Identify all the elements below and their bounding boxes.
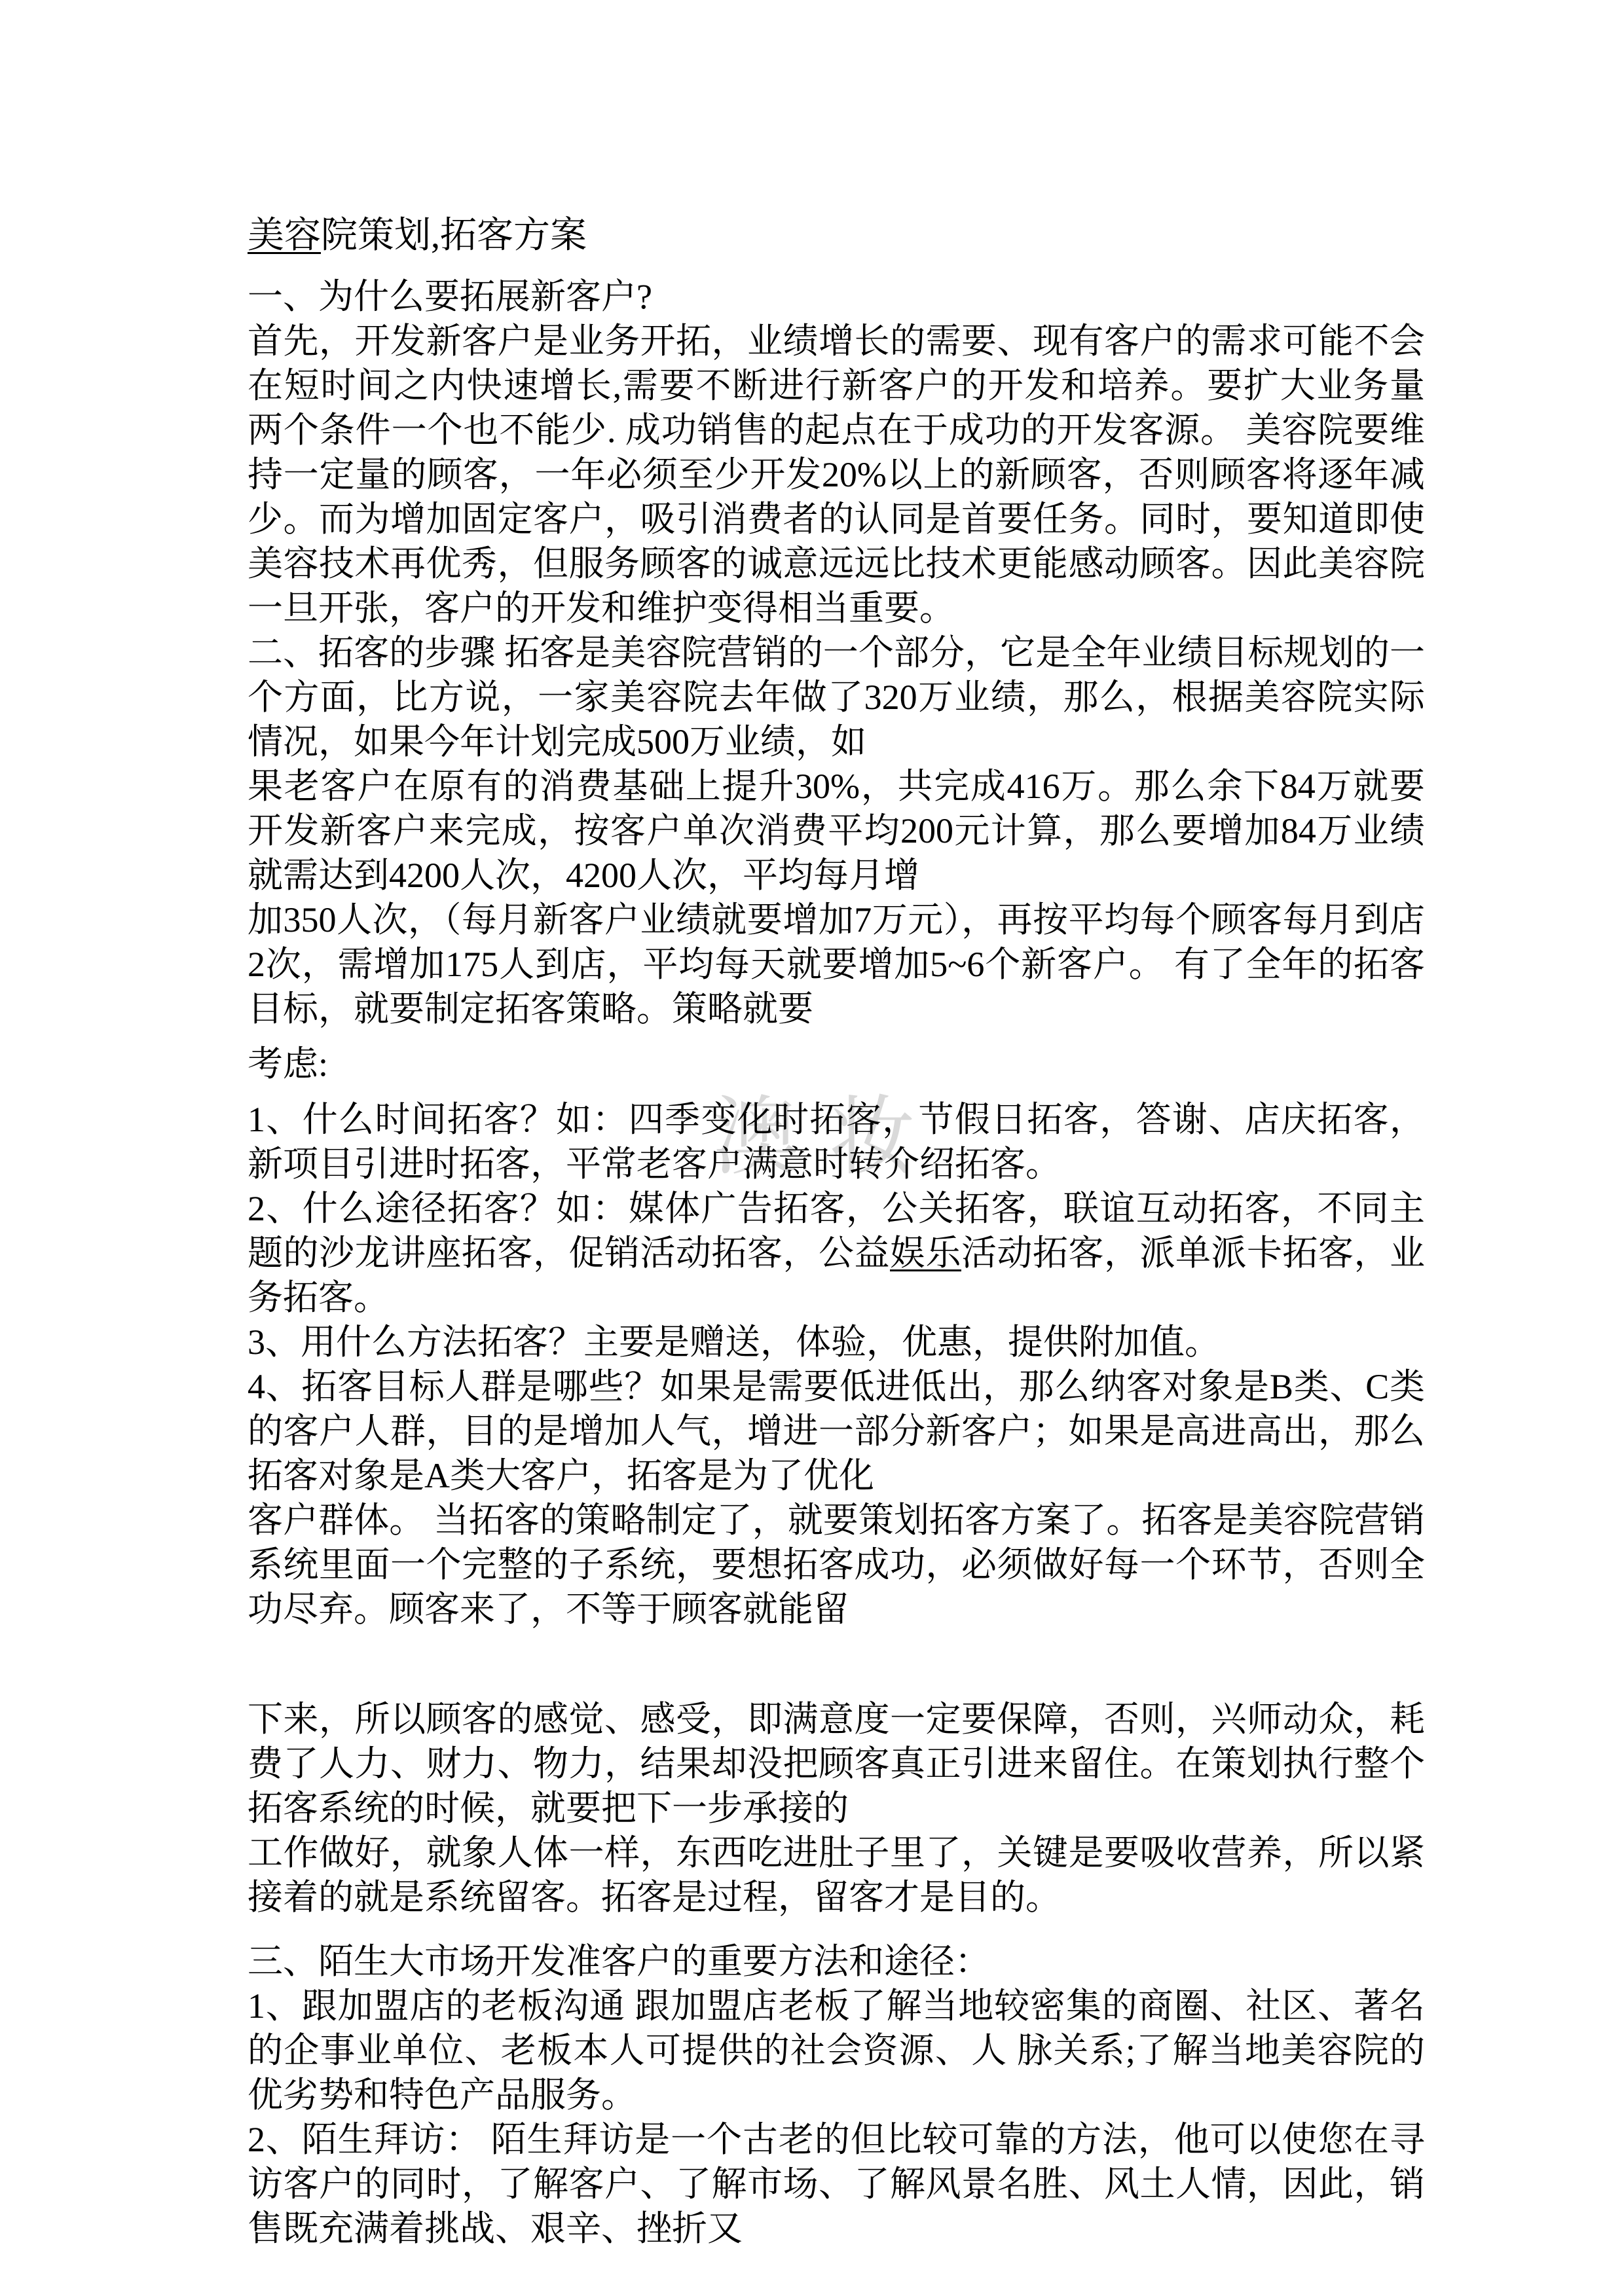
paragraph-steps-3: 加350人次，（每月新客户业绩就要增加7万元），再按平均每个顾客每月到店2次，需… [248, 898, 1425, 1031]
paragraph-method-1: 1、跟加盟店的老板沟通 跟加盟店老板了解当地较密集的商圈、社区、著名的企事业单位… [248, 1984, 1425, 2117]
text-run: 首先，开发新客户是业务开拓，业绩增长的需要、现有客户的需求可能不会在短时间之内快… [248, 321, 1425, 628]
paragraph-sec1-heading: 一、为什么要拓展新客户? [248, 274, 1425, 319]
paragraph-sec3-heading: 三、陌生大市场开发准客户的重要方法和途径： [248, 1939, 1425, 1984]
text-run: 2、陌生拜访： 陌生拜访是一个古老的但比较可靠的方法，他可以使您在寻访客户的同时… [248, 2120, 1425, 2248]
paragraph-consider: 考虑: [248, 1042, 1425, 1086]
text-run: 三、陌生大市场开发准客户的重要方法和途径： [248, 1942, 990, 1981]
paragraph-steps-1: 二、拓客的步骤 拓客是美容院营销的一个部分，它是全年业绩目标规划的一个方面，比方… [248, 630, 1425, 764]
text-run: 一、为什么要拓展新客户? [248, 277, 652, 316]
paragraph-intro: 首先，开发新客户是业务开拓，业绩增长的需要、现有客户的需求可能不会在短时间之内快… [248, 319, 1425, 630]
underlined-text: 美容 [248, 215, 321, 256]
paragraph-item-3: 3、用什么方法拓客？主要是赠送，体验，优惠，提供附加值。 [248, 1320, 1425, 1364]
text-run: 果老客户在原有的消费基础上提升30%，共完成416万。那么余下84万就要开发新客… [248, 767, 1425, 895]
paragraph-item-1: 1、什么时间拓客？如：四季变化时拓客，节假日拓客，答谢、店庆拓客，新项目引进时拓… [248, 1097, 1425, 1186]
paragraph-customer-group: 客户群体。 当拓客的策略制定了，就要策划拓客方案了。拓客是美容院营销系统里面一个… [248, 1498, 1425, 1631]
text-run: 4、拓客目标人群是哪些？如果是需要低进低出，那么纳客对象是B类、C类的客户人群，… [248, 1367, 1425, 1495]
underlined-text: 娱乐 [890, 1233, 961, 1273]
text-run: 工作做好，就象人体一样，东西吃进肚子里了，关键是要吸收营养，所以紧接着的就是系统… [248, 1833, 1425, 1917]
text-run: 客户群体。 当拓客的策略制定了，就要策划拓客方案了。拓客是美容院营销系统里面一个… [248, 1501, 1425, 1629]
text-run: 3、用什么方法拓客？主要是赠送，体验，优惠，提供附加值。 [248, 1322, 1220, 1362]
paragraph-item-4: 4、拓客目标人群是哪些？如果是需要低进低出，那么纳客对象是B类、C类的客户人群，… [248, 1364, 1425, 1498]
paragraph-title: 美容院策划,拓客方案 [248, 213, 1425, 258]
paragraph-method-2: 2、陌生拜访： 陌生拜访是一个古老的但比较可靠的方法，他可以使您在寻访客户的同时… [248, 2117, 1425, 2251]
paragraph-steps-2: 果老客户在原有的消费基础上提升30%，共完成416万。那么余下84万就要开发新客… [248, 764, 1425, 898]
text-run: 院策划,拓客方案 [321, 215, 587, 256]
text-run: 考虑: [248, 1044, 328, 1084]
text-run: 下来，所以顾客的感觉、感受，即满意度一定要保障，否则，兴师动众，耗费了人力、财力… [248, 1700, 1425, 1828]
text-run: 1、什么时间拓客？如：四季变化时拓客，节假日拓客，答谢、店庆拓客，新项目引进时拓… [248, 1100, 1425, 1184]
text-run: 加350人次，（每月新客户业绩就要增加7万元），再按平均每个顾客每月到店2次，需… [248, 900, 1425, 1029]
paragraph-item-2: 2、什么途径拓客？如：媒体广告拓客，公关拓客，联谊互动拓客，不同主题的沙龙讲座拓… [248, 1186, 1425, 1320]
paragraph-retention-1: 下来，所以顾客的感觉、感受，即满意度一定要保障，否则，兴师动众，耗费了人力、财力… [248, 1697, 1425, 1831]
paragraph-blank-line [248, 1631, 1425, 1697]
text-run: 二、拓客的步骤 拓客是美容院营销的一个部分，它是全年业绩目标规划的一个方面，比方… [248, 633, 1425, 761]
document-body: 美容院策划,拓客方案一、为什么要拓展新客户?首先，开发新客户是业务开拓，业绩增长… [248, 213, 1425, 2251]
page: 澳妆 美容院策划,拓客方案一、为什么要拓展新客户?首先，开发新客户是业务开拓，业… [0, 0, 1624, 2296]
paragraph-retention-2: 工作做好，就象人体一样，东西吃进肚子里了，关键是要吸收营养，所以紧接着的就是系统… [248, 1831, 1425, 1920]
text-run: 1、跟加盟店的老板沟通 跟加盟店老板了解当地较密集的商圈、社区、著名的企事业单位… [248, 1986, 1425, 2115]
